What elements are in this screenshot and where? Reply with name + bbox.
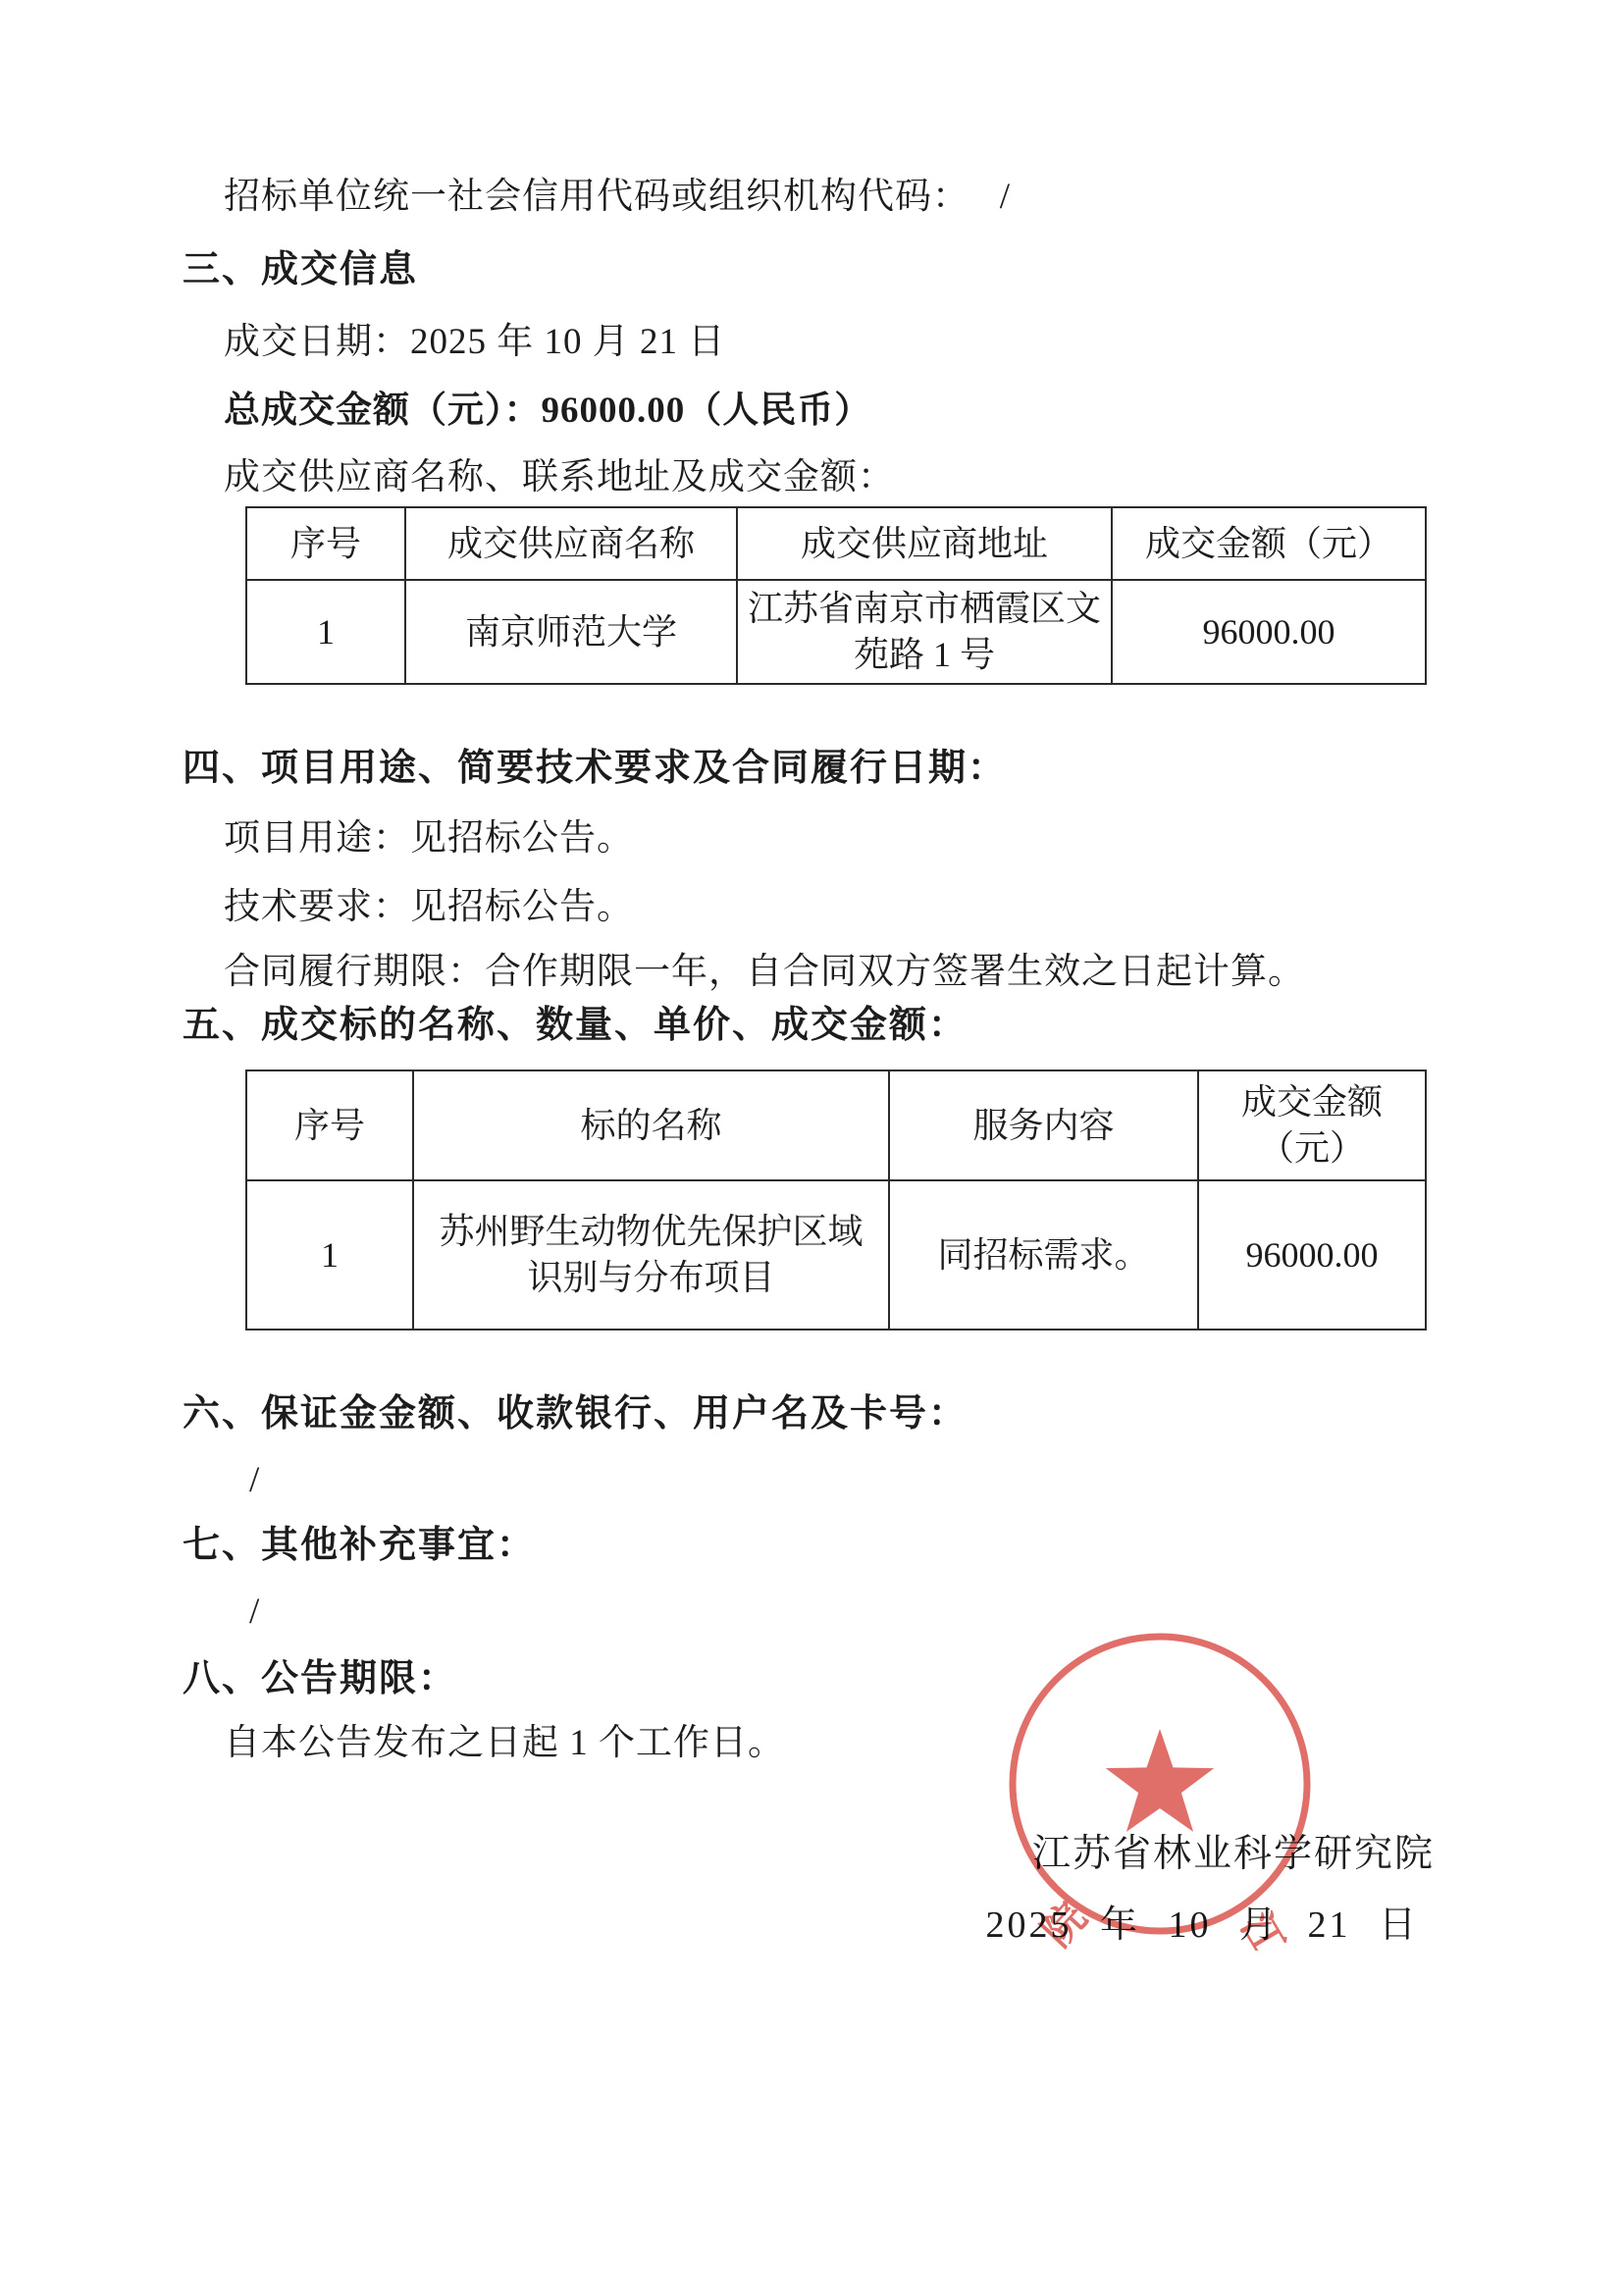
subject-table: 序号 标的名称 服务内容 成交金额（元） 1 苏州野生动物优先保护区域识别与分布… [245,1070,1427,1331]
subject-col-index: 序号 [246,1070,413,1180]
section-7-value: / [249,1590,260,1635]
signature-date: 2025 年 10 月 21 日 [985,1894,1419,1948]
supplier-cell-address: 江苏省南京市栖霞区文苑路 1 号 [737,580,1112,684]
section-6-value: / [249,1458,260,1503]
supplier-table-header-row: 序号 成交供应商名称 成交供应商地址 成交金额（元） [246,507,1426,580]
credit-code-line: 招标单位统一社会信用代码或组织机构代码： / [224,175,1011,220]
section-5-heading: 五、成交标的名称、数量、单价、成交金额： [183,1003,968,1050]
subject-cell-name: 苏州野生动物优先保护区域识别与分布项目 [413,1180,889,1330]
section-7-heading: 七、其他补充事宜： [183,1523,536,1570]
supplier-col-address: 成交供应商地址 [737,507,1112,580]
subject-cell-amount: 96000.00 [1198,1180,1426,1330]
section-3-heading: 三、成交信息 [183,247,418,294]
total-amount-line: 总成交金额（元）：96000.00（人民币） [224,389,871,434]
subject-cell-service: 同招标需求。 [889,1180,1198,1330]
subject-cell-index: 1 [246,1180,413,1330]
document-page: 招标单位统一社会信用代码或组织机构代码： / 三、成交信息 成交日期：2025 … [0,0,1623,2296]
project-usage-line: 项目用途：见招标公告。 [224,816,634,861]
tech-requirements-line: 技术要求：见招标公告。 [224,885,634,930]
announcement-period-line: 自本公告发布之日起 1 个工作日。 [224,1721,785,1766]
subject-col-service: 服务内容 [889,1070,1198,1180]
deal-date-line: 成交日期：2025 年 10 月 21 日 [224,320,725,365]
supplier-cell-index: 1 [246,580,405,684]
subject-col-name: 标的名称 [413,1070,889,1180]
subject-table-header-row: 序号 标的名称 服务内容 成交金额（元） [246,1070,1426,1180]
section-8-heading: 八、公告期限： [183,1656,457,1703]
contract-period-line: 合同履行期限：合作期限一年，自合同双方签署生效之日起计算。 [224,950,1305,995]
supplier-intro-line: 成交供应商名称、联系地址及成交金额： [224,455,895,500]
star-icon [1106,1729,1214,1832]
subject-col-amount-label: 成交金额（元） [1219,1079,1405,1172]
section-4-heading: 四、项目用途、简要技术要求及合同履行日期： [183,746,1007,793]
seal-ring [1013,1637,1307,1931]
section-6-heading: 六、保证金金额、收款银行、用户名及卡号： [183,1391,968,1438]
supplier-col-index: 序号 [246,507,405,580]
supplier-col-amount: 成交金额（元） [1112,507,1426,580]
supplier-cell-name: 南京师范大学 [405,580,737,684]
supplier-col-name: 成交供应商名称 [405,507,737,580]
subject-col-amount: 成交金额（元） [1198,1070,1426,1180]
supplier-cell-amount: 96000.00 [1112,580,1426,684]
signature-org: 江苏省林业科学研究院 [1032,1823,1435,1878]
supplier-table-row: 1 南京师范大学 江苏省南京市栖霞区文苑路 1 号 96000.00 [246,580,1426,684]
supplier-table: 序号 成交供应商名称 成交供应商地址 成交金额（元） 1 南京师范大学 江苏省南… [245,506,1427,685]
subject-table-row: 1 苏州野生动物优先保护区域识别与分布项目 同招标需求。 96000.00 [246,1180,1426,1330]
